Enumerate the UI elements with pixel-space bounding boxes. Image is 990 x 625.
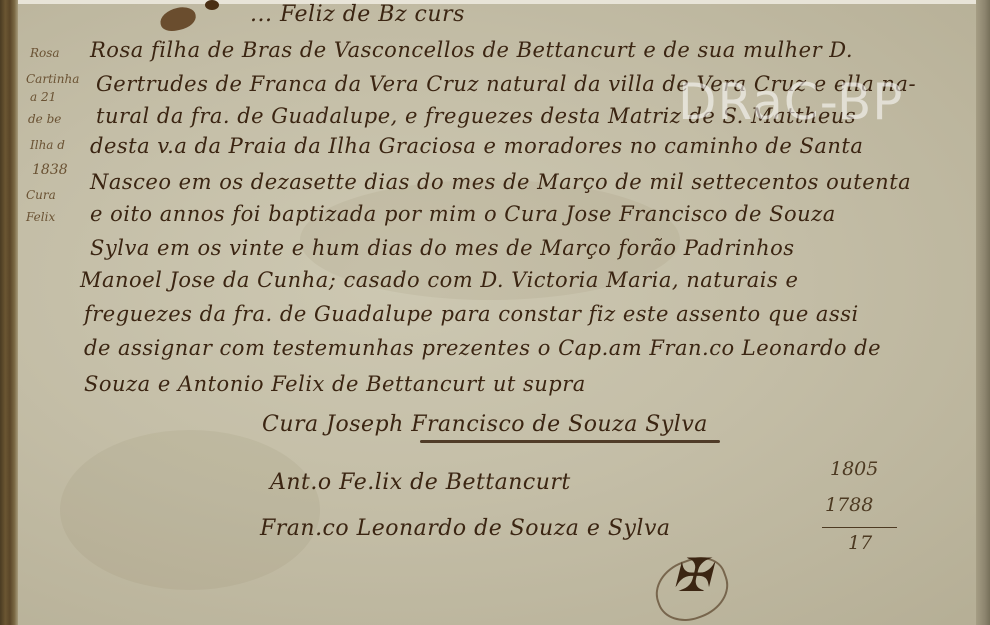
margin-note: Rosa: [30, 46, 60, 60]
margin-note: Ilha d: [30, 138, 65, 152]
body-line: e oito annos foi baptizada por mim o Cur…: [90, 202, 836, 226]
signature-underline: [420, 440, 720, 443]
margin-note: Felix: [26, 210, 55, 224]
cross-mark-icon: ✠: [672, 548, 711, 602]
body-line: Rosa filha de Bras de Vasconcellos de Be…: [90, 38, 853, 62]
body-line: freguezes da fra. de Guadalupe para cons…: [84, 302, 859, 326]
calc-line-1: 1805: [830, 458, 878, 480]
calc-result: 17: [848, 532, 872, 554]
header-fragment: ... Feliz de Bz curs: [250, 2, 465, 27]
paper-stain: [60, 430, 320, 590]
page-top-edge: [0, 0, 990, 4]
margin-note-year: 1838: [32, 162, 68, 178]
body-line: Manoel Jose da Cunha; casado com D. Vict…: [80, 268, 798, 292]
body-line: desta v.a da Praia da Ilha Graciosa e mo…: [90, 134, 863, 158]
body-line: Nasceo em os dezasette dias do mes de Ma…: [90, 170, 911, 194]
ink-blot: [205, 0, 219, 10]
margin-note: a 21: [30, 90, 56, 104]
signature-cura: Cura Joseph Francisco de Souza Sylva: [262, 412, 708, 437]
body-line: de assignar com testemunhas prezentes o …: [84, 336, 881, 360]
book-binding: [0, 0, 18, 625]
margin-note: de be: [28, 112, 61, 126]
calc-rule: [822, 527, 897, 528]
body-line: Sylva em os vinte e hum dias do mes de M…: [90, 236, 795, 260]
body-line: Souza e Antonio Felix de Bettancurt ut s…: [84, 372, 586, 396]
margin-note: Cura: [26, 188, 56, 202]
page-right-edge: [976, 0, 990, 625]
signature-witness-2: Fran.co Leonardo de Souza e Sylva: [260, 516, 671, 541]
margin-note: Cartinha: [26, 72, 79, 86]
calc-line-2: 1788: [825, 494, 873, 516]
signature-witness-1: Ant.o Fe.lix de Bettancurt: [270, 470, 571, 495]
ink-blot: [158, 4, 198, 33]
watermark: DRaC-BP: [678, 73, 903, 131]
manuscript-page: ... Feliz de Bz curs Rosa Cartinha a 21 …: [0, 0, 990, 625]
